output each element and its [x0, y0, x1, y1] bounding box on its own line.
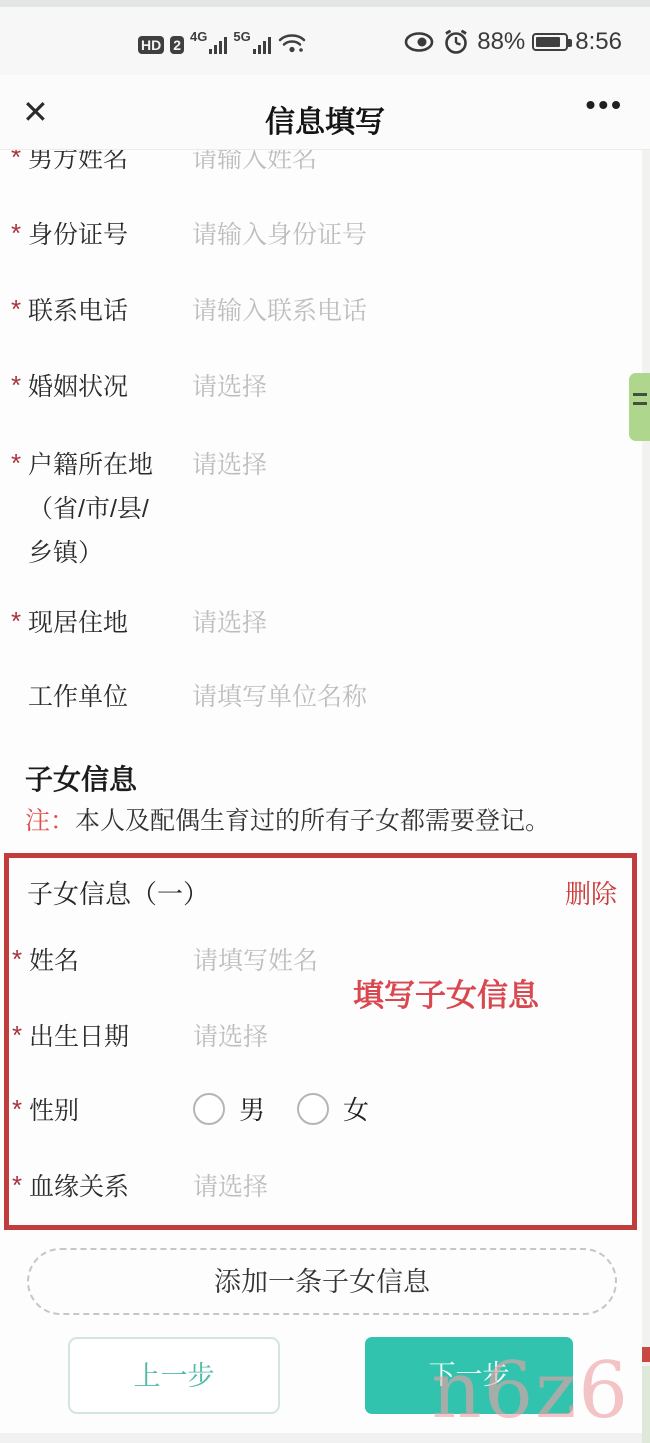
hd-badge-icon: HD	[138, 36, 164, 54]
children-section-heading: 子女信息	[25, 758, 137, 798]
top-strip	[0, 0, 650, 7]
nav-bar: ✕ 信息填写 •••	[0, 75, 650, 150]
gender-female-radio[interactable]	[297, 1093, 329, 1125]
sim2-badge-icon: 2	[170, 36, 184, 54]
form-row-current-residence: * 现居住地 请选择	[0, 602, 640, 646]
gender-radio-group: 男 女	[193, 1090, 387, 1127]
child-row-gender: * 性别 男 女	[9, 1090, 629, 1134]
required-marker: *	[12, 1094, 22, 1125]
status-bar: HD 2 4G 5G	[0, 0, 650, 75]
note-body: 本人及配偶生育过的所有子女都需要登记。	[75, 807, 550, 835]
wifi-icon	[277, 30, 307, 54]
status-left-icons: HD 2 4G 5G	[138, 30, 307, 54]
form-row-phone: * 联系电话 请输入联系电话	[0, 290, 640, 334]
form-row-id-number: * 身份证号 请输入身份证号	[0, 214, 640, 258]
required-marker: *	[11, 294, 21, 325]
field-label-line3: 乡镇）	[28, 532, 103, 574]
required-marker: *	[11, 218, 21, 249]
required-marker: *	[11, 150, 21, 173]
battery-icon	[532, 33, 568, 51]
clock-time: 8:56	[575, 28, 622, 56]
required-marker: *	[12, 1170, 22, 1201]
field-label: 出生日期	[29, 1016, 129, 1058]
signal-bars-icon	[209, 37, 227, 54]
required-marker: *	[12, 1020, 22, 1051]
husband-name-input[interactable]: 请输入姓名	[192, 150, 317, 180]
phone-input[interactable]: 请输入联系电话	[192, 290, 367, 332]
fill-child-info-annotation: 填写子女信息	[353, 970, 539, 1015]
field-label: 联系电话	[28, 290, 128, 332]
field-label: 身份证号	[28, 214, 128, 256]
signal-5g-icon: 5G	[233, 37, 270, 54]
field-label: 男方姓名	[28, 150, 128, 180]
eye-protection-icon	[403, 31, 435, 53]
right-edge-green-strip	[642, 1366, 650, 1443]
child-relation-select[interactable]: 请选择	[193, 1166, 268, 1208]
field-label: 姓名	[29, 940, 79, 982]
child-row-relation: * 血缘关系 请选择	[9, 1166, 629, 1210]
gender-female-label: 女	[343, 1090, 369, 1127]
watermark-text: n6z6	[431, 1352, 630, 1430]
gender-male-label: 男	[239, 1090, 265, 1127]
right-edge-red-mark	[642, 1347, 650, 1362]
required-marker: *	[12, 944, 22, 975]
field-label-line2: （省/市/县/	[28, 488, 149, 530]
right-edge-sliver	[642, 150, 650, 1443]
field-label: 性别	[29, 1090, 79, 1132]
form-row-marital-status: * 婚姻状况 请选择	[0, 366, 640, 410]
page-title: 信息填写	[0, 97, 650, 141]
form-row-household-registration: * 户籍所在地 （省/市/县/ 乡镇） 请选择	[0, 444, 640, 574]
floating-green-tag[interactable]	[629, 373, 650, 441]
required-marker: *	[11, 448, 21, 479]
required-marker: *	[11, 606, 21, 637]
children-section-note: 注：本人及配偶生育过的所有子女都需要登记。	[25, 801, 550, 837]
signal-bars-icon	[253, 37, 271, 54]
form-scroll-area[interactable]: * 男方姓名 请输入姓名 * 身份证号 请输入身份证号 * 联系电话 请输入联系…	[0, 150, 650, 1443]
child-name-input[interactable]: 请填写姓名	[193, 940, 318, 982]
field-label: 婚姻状况	[28, 366, 128, 408]
form-row-husband-name: * 男方姓名 请输入姓名	[0, 150, 640, 182]
app-screen: HD 2 4G 5G	[0, 0, 650, 1443]
note-prefix: 注：	[25, 807, 75, 835]
alarm-clock-icon	[442, 29, 470, 55]
add-child-button[interactable]: 添加一条子女信息	[27, 1248, 617, 1315]
child-row-birthdate: * 出生日期 请选择	[9, 1016, 629, 1060]
field-label: 现居住地	[28, 602, 128, 644]
previous-step-button[interactable]: 上一步	[68, 1337, 280, 1414]
child-birthdate-select[interactable]: 请选择	[193, 1016, 268, 1058]
child-info-card: 子女信息（一） 删除 * 姓名 请填写姓名 填写子女信息 * 出生日期 请选择 …	[4, 853, 637, 1230]
field-label: 户籍所在地	[28, 444, 153, 486]
delete-child-button[interactable]: 删除	[565, 874, 617, 911]
required-marker: *	[11, 370, 21, 401]
battery-percent: 88%	[477, 28, 525, 56]
marital-status-select[interactable]: 请选择	[192, 366, 267, 408]
gender-male-radio[interactable]	[193, 1093, 225, 1125]
current-residence-select[interactable]: 请选择	[192, 602, 267, 644]
field-label: 工作单位	[28, 676, 128, 718]
field-label: 血缘关系	[29, 1166, 129, 1208]
employer-input[interactable]: 请填写单位名称	[192, 676, 367, 718]
status-right-icons: 88% 8:56	[403, 28, 622, 56]
more-menu-icon[interactable]: •••	[586, 89, 624, 121]
form-row-employer: 工作单位 请填写单位名称	[0, 676, 640, 720]
signal-4g-icon: 4G	[190, 37, 227, 54]
household-registration-select[interactable]: 请选择	[192, 444, 267, 486]
id-number-input[interactable]: 请输入身份证号	[192, 214, 367, 256]
child-card-title: 子女信息（一）	[27, 874, 209, 911]
